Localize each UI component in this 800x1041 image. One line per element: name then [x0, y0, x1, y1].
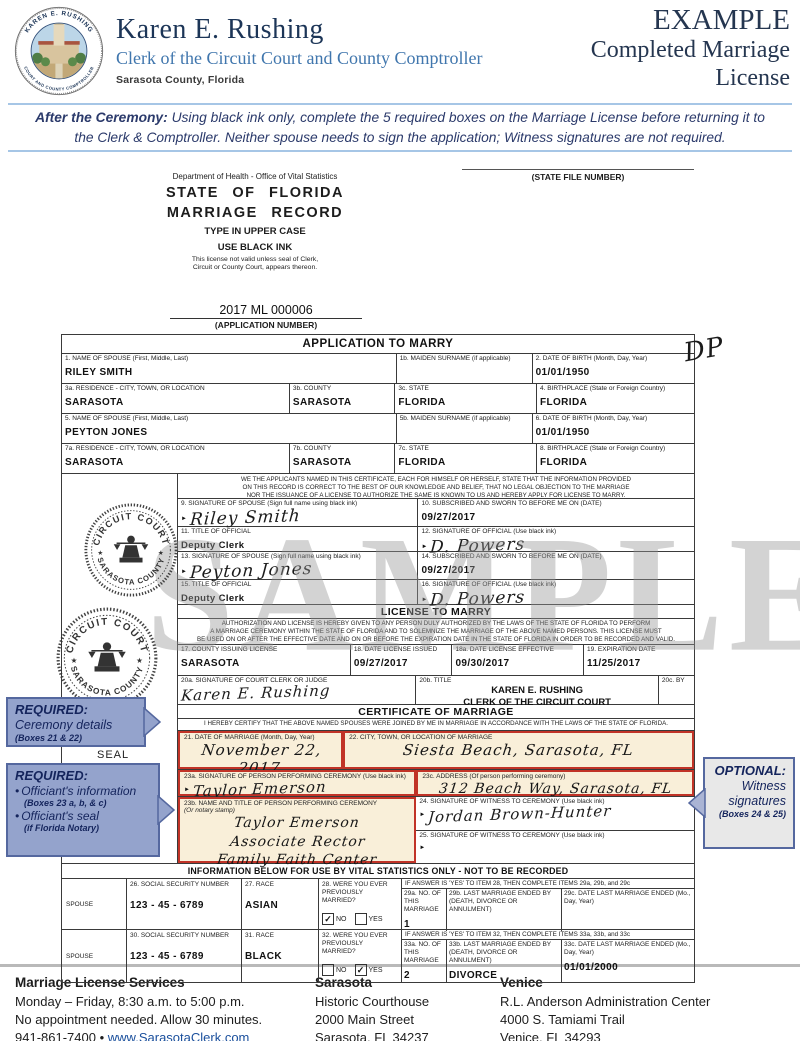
circuit-court-seal-stamp: CIRCUIT COURT SARASOTA COUNTY ★ ★: [83, 502, 179, 598]
field-label: 14. SUBSCRIBED AND SWORN TO BEFORE ME ON…: [421, 553, 691, 560]
field-label: 20c. BY: [662, 677, 691, 684]
callout-title: REQUIRED:: [15, 702, 137, 717]
state-file-number-label: (STATE FILE NUMBER): [462, 172, 694, 182]
field-value: Deputy Clerk: [181, 593, 414, 604]
footer-line: Monday – Friday, 8:30 a.m. to 5:00 p.m.: [15, 993, 315, 1011]
field-name-spouse-1: 1. NAME OF SPOUSE (First, Middle, Last) …: [62, 354, 396, 383]
callout-required-ceremony-details: REQUIRED: Ceremony details (Boxes 21 & 2…: [6, 697, 146, 747]
field-label: 2. DATE OF BIRTH (Month, Day, Year): [536, 355, 691, 362]
signature-arrow-icon: ►: [419, 812, 425, 818]
field-label: 5. NAME OF SPOUSE (First, Middle, Last): [65, 415, 393, 422]
field-date-effective: 18a. DATE LICENSE EFFECTIVE 09/30/2017: [451, 645, 583, 675]
field-county-issuing: 17. COUNTY ISSUING LICENSE SARASOTA: [178, 645, 350, 675]
svg-text:★: ★: [71, 656, 78, 665]
field-state-1: 3c. STATE FLORIDA: [394, 384, 536, 413]
field-residence-1: 3a. RESIDENCE - CITY, TOWN, OR LOCATION …: [62, 384, 289, 413]
signature-arrow-icon: ►: [421, 597, 427, 603]
circuit-court-seal-stamp: CIRCUIT COURT SARASOTA COUNTY ★ ★: [55, 606, 159, 710]
field-label: 7a. RESIDENCE - CITY, TOWN, OR LOCATION: [65, 445, 286, 452]
field-sworn-date-1: 10. SUBSCRIBED AND SWORN TO BEFORE ME ON…: [418, 499, 694, 526]
application-to-marry-title: APPLICATION TO MARRY: [62, 335, 694, 353]
field-officiant-address: 23c. ADDRESS (Of person performing cerem…: [416, 770, 694, 796]
field-label: 23b. NAME AND TITLE OF PERSON PERFORMING…: [184, 800, 410, 807]
signature-arrow-icon: ►: [181, 516, 187, 522]
form-row: 7a. RESIDENCE - CITY, TOWN, OR LOCATION …: [62, 443, 694, 473]
signature-arrow-icon: ►: [419, 845, 425, 851]
signature-arrow-icon: ►: [421, 544, 427, 550]
field-residence-2: 7a. RESIDENCE - CITY, TOWN, OR LOCATION …: [62, 444, 289, 473]
field-label: 32. WERE YOU EVER PREVIOUSLY MARRIED?: [322, 932, 398, 956]
field-clerk-signature: 20a. SIGNATURE OF COURT CLERK OR JUDGE K…: [178, 676, 415, 704]
field-value: FLORIDA: [540, 457, 691, 468]
bullet-icon: •: [15, 784, 19, 798]
field-previously-married-1: 28. WERE YOU EVER PREVIOUSLY MARRIED? ✓ …: [319, 879, 402, 929]
field-value: 01/01/1950: [536, 367, 691, 378]
vital-row-spouse-2: SPOUSE 30. SOCIAL SECURITY NUMBER 123 - …: [62, 929, 694, 982]
callout-line: signatures: [712, 794, 786, 808]
field-label: 11. TITLE OF OFFICIAL: [181, 528, 414, 535]
field-signature-of-official-2: 16. SIGNATURE OF OFFICIAL (Use black ink…: [418, 580, 694, 604]
field-expiration-date: 19. EXPIRATION DATE 11/25/2017: [583, 645, 694, 675]
callout-arrow-left-icon: [688, 788, 706, 818]
field-signature-of-official-1: 12. SIGNATURE OF OFFICIAL (Use black ink…: [418, 527, 694, 551]
field-ssn-2: 30. SOCIAL SECURITY NUMBER 123 - 45 - 67…: [127, 930, 242, 982]
callout-line: Ceremony details: [15, 718, 137, 732]
field-race-1: 27. RACE ASIAN: [242, 879, 319, 929]
footer-line: Historic Courthouse: [315, 993, 500, 1011]
field-label: 12. SIGNATURE OF OFFICIAL (Use black ink…: [421, 528, 691, 535]
field-dob-2: 6. DATE OF BIRTH (Month, Day, Year) 01/0…: [532, 414, 694, 443]
group-header: IF ANSWER IS 'YES' TO ITEM 28, THEN COMP…: [402, 879, 694, 889]
field-value: 11/25/2017: [587, 658, 691, 669]
footer: Marriage License Services Monday – Frida…: [15, 975, 792, 1041]
justice-figure-icon: [114, 536, 149, 563]
field-officiant-signature: 23a. SIGNATURE OF PERSON PERFORMING CERE…: [178, 770, 416, 796]
field-value: 123 - 45 - 6789: [130, 951, 238, 962]
field-label: 18. DATE LICENSE ISSUED: [354, 646, 449, 653]
required-row-23a-23c: 23a. SIGNATURE OF PERSON PERFORMING CERE…: [178, 769, 694, 796]
form-row: 3a. RESIDENCE - CITY, TOWN, OR LOCATION …: [62, 383, 694, 413]
field-marriage-ended-by-2: 33b. LAST MARRIAGE ENDED BY (DEATH, DIVO…: [447, 940, 562, 982]
checkbox-no-unchecked: [322, 964, 334, 976]
field-value: ASIAN: [245, 900, 315, 911]
field-value: FLORIDA: [398, 457, 533, 468]
divider: [8, 103, 792, 105]
field-label: 7b. COUNTY: [293, 445, 392, 452]
footer-line: No appointment needed. Allow 30 minutes.: [15, 1011, 315, 1029]
example-line: Completed Marriage: [591, 37, 790, 65]
field-birthplace-1: 4. BIRTHPLACE (State or Foreign Country)…: [536, 384, 694, 413]
example-banner: EXAMPLE Completed Marriage License: [591, 4, 790, 93]
row-23b-witnesses: 23b. NAME AND TITLE OF PERSON PERFORMING…: [178, 796, 694, 863]
form-row: 5. NAME OF SPOUSE (First, Middle, Last) …: [62, 413, 694, 443]
field-location-of-marriage: 22. CITY, TOWN, OR LOCATION OF MARRIAGE …: [343, 731, 694, 769]
previous-marriage-group-2: IF ANSWER IS 'YES' TO ITEM 32, THEN COMP…: [402, 930, 694, 982]
checkbox-yes-unchecked: [355, 913, 367, 925]
field-date-marriage-ended-2: 33c. DATE LAST MARRIAGE ENDED (Mo., Day,…: [562, 940, 694, 982]
oath-line: ON THIS RECORD IS CORRECT TO THE BEST OF…: [178, 484, 694, 492]
example-line: EXAMPLE: [591, 4, 790, 37]
officiant-org-handwriting: Family Faith Center: [216, 852, 378, 870]
field-label: 3b. COUNTY: [293, 385, 392, 392]
application-number-value: 2017 ML 000006: [170, 303, 362, 319]
form-row: 17. COUNTY ISSUING LICENSE SARASOTA 18. …: [178, 644, 694, 675]
field-label: 33c. DATE LAST MARRIAGE ENDED (Mo., Day,…: [564, 941, 692, 957]
field-label: 30. SOCIAL SECURITY NUMBER: [130, 932, 238, 939]
field-dob-1: 2. DATE OF BIRTH (Month, Day, Year) 01/0…: [532, 354, 694, 383]
notice-lead: After the Ceremony:: [35, 110, 168, 125]
field-label: 19. EXPIRATION DATE: [587, 646, 691, 653]
field-value: 123 - 45 - 6789: [130, 900, 238, 911]
callout-sub: (Boxes 24 & 25): [712, 809, 786, 819]
official-signature: D. Powers: [430, 587, 527, 610]
field-label: 26. SOCIAL SECURITY NUMBER: [130, 881, 238, 888]
authorization-line: BE USED ON OR AFTER THE EFFECTIVE DATE A…: [178, 636, 694, 644]
required-row-21-22: 21. DATE OF MARRIAGE (Month, Day, Year) …: [178, 730, 694, 769]
form-row: 13. SIGNATURE OF SPOUSE (Sign full name …: [178, 551, 694, 579]
county-subtitle: Sarasota County, Florida: [116, 74, 482, 86]
field-marriage-number-2: 33a. NO. OF THIS MARRIAGE 2: [402, 940, 447, 982]
dept-line: Department of Health - Office of Vital S…: [122, 172, 388, 181]
footer-line: Venice, FL 34293: [500, 1029, 792, 1041]
field-value: SARASOTA: [181, 658, 347, 669]
field-signature-spouse-1: 9. SIGNATURE OF SPOUSE (Sign full name u…: [178, 499, 418, 526]
field-label: 29a. NO. OF THIS MARRIAGE: [404, 890, 444, 914]
field-date-of-marriage: 21. DATE OF MARRIAGE (Month, Day, Year) …: [178, 731, 343, 769]
field-label: 6. DATE OF BIRTH (Month, Day, Year): [536, 415, 691, 422]
callout-required-officiant: REQUIRED: •Officiant's information (Boxe…: [6, 763, 160, 857]
field-label: 20b. TITLE: [419, 677, 655, 684]
clerk-title: Clerk of the Circuit Court and County Co…: [116, 48, 482, 69]
field-birthplace-2: 8. BIRTHPLACE (State or Foreign Country)…: [536, 444, 694, 473]
justice-figure-icon: [88, 642, 125, 671]
field-title-of-official-1: 11. TITLE OF OFFICIAL Deputy Clerk: [178, 527, 418, 551]
header-brand: Karen E. Rushing Clerk of the Circuit Co…: [116, 14, 482, 86]
field-label: 3c. STATE: [398, 385, 533, 392]
field-signature-spouse-2: 13. SIGNATURE OF SPOUSE (Sign full name …: [178, 552, 418, 579]
applicants-oath: WE THE APPLICANTS NAMED IN THIS CERTIFIC…: [178, 474, 694, 498]
field-label: 8. BIRTHPLACE (State or Foreign Country): [540, 445, 691, 452]
field-label: 17. COUNTY ISSUING LICENSE: [181, 646, 347, 653]
field-value: 1: [404, 919, 444, 930]
form-row: 20a. SIGNATURE OF COURT CLERK OR JUDGE K…: [178, 675, 694, 704]
signature-arrow-icon: ►: [181, 569, 187, 575]
example-line: License: [591, 65, 790, 93]
clerk-county-seal-logo: KAREN E. RUSHING COURT AND COUNTY COMPTR…: [14, 6, 104, 96]
vital-row-spouse-1: SPOUSE 26. SOCIAL SECURITY NUMBER 123 - …: [62, 878, 694, 929]
field-label: 25. SIGNATURE OF WITNESS TO CEREMONY (Us…: [419, 832, 691, 839]
field-marriage-ended-by-1: 29b. LAST MARRIAGE ENDED BY (DEATH, DIVO…: [447, 889, 562, 931]
field-label: 28. WERE YOU EVER PREVIOUSLY MARRIED?: [322, 881, 398, 905]
field-label: 4. BIRTHPLACE (State or Foreign Country): [540, 385, 691, 392]
state-file-number-line: [462, 169, 694, 170]
field-officiant-name-title: 23b. NAME AND TITLE OF PERSON PERFORMING…: [178, 797, 416, 863]
field-value: 09/27/2017: [421, 565, 691, 576]
field-county-2: 7b. COUNTY SARASOTA: [289, 444, 395, 473]
officiant-title-handwriting: Associate Rector: [228, 834, 366, 852]
application-number-label: (APPLICATION NUMBER): [170, 320, 362, 330]
field-label: 21. DATE OF MARRIAGE (Month, Day, Year): [184, 734, 337, 741]
clerk-signature: Karen E. Rushing: [180, 681, 331, 704]
field-value: 09/30/2017: [455, 658, 580, 669]
field-label: 22. CITY, TOWN, OR LOCATION OF MARRIAGE: [349, 734, 688, 741]
callout-arrow-right-icon: [143, 707, 161, 737]
field-value: SARASOTA: [65, 457, 286, 468]
footer-sarasota-column: Sarasota Historic Courthouse 2000 Main S…: [315, 975, 500, 1041]
field-label: 31. RACE: [245, 932, 315, 939]
spouse-row-label: SPOUSE: [62, 879, 127, 929]
field-value: DIVORCE: [449, 970, 559, 981]
field-label: 33a. NO. OF THIS MARRIAGE: [404, 941, 444, 965]
footer-services-column: Marriage License Services Monday – Frida…: [15, 975, 315, 1041]
field-clerk-title: 20b. TITLE KAREN E. RUSHING CLERK OF THE…: [415, 676, 658, 704]
form-row: 11. TITLE OF OFFICIAL Deputy Clerk 12. S…: [178, 526, 694, 551]
clerk-website-link[interactable]: www.SarasotaClerk.com: [108, 1030, 250, 1041]
checkbox-no-checked: ✓: [322, 913, 334, 925]
field-state-2: 7c. STATE FLORIDA: [394, 444, 536, 473]
field-witness-signature-1: 24. SIGNATURE OF WITNESS TO CEREMONY (Us…: [416, 797, 694, 831]
field-label: 27. RACE: [245, 881, 315, 888]
field-value: BLACK: [245, 951, 315, 962]
type-case-line: TYPE IN UPPER CASE: [122, 226, 388, 237]
field-label: 1. NAME OF SPOUSE (First, Middle, Last): [65, 355, 393, 362]
license-authorization-text: AUTHORIZATION AND LICENSE IS HEREBY GIVE…: [178, 618, 694, 644]
footer-line: 2000 Main Street: [315, 1011, 500, 1029]
field-value: FLORIDA: [540, 397, 691, 408]
field-value: Deputy Clerk: [181, 540, 414, 551]
field-maiden-surname-1: 1b. MAIDEN SURNAME (if applicable): [396, 354, 532, 383]
footer-contact-line: 941-861-7400 • www.SarasotaClerk.com: [15, 1029, 315, 1041]
field-label: 1b. MAIDEN SURNAME (if applicable): [400, 355, 529, 362]
footer-line: R.L. Anderson Administration Center: [500, 993, 792, 1011]
field-value: SARASOTA: [293, 397, 392, 408]
clerk-name: Karen E. Rushing: [116, 14, 482, 46]
field-value: 01/01/2000: [564, 962, 692, 973]
field-value: SARASOTA: [65, 397, 286, 408]
form-row: 9. SIGNATURE OF SPOUSE (Sign full name u…: [178, 498, 694, 526]
document-header: Department of Health - Office of Vital S…: [122, 172, 388, 272]
record-line: MARRIAGE RECORD: [122, 205, 388, 221]
field-value: FLORIDA: [398, 397, 533, 408]
callout-line: Witness: [712, 779, 786, 793]
field-label: 10. SUBSCRIBED AND SWORN TO BEFORE ME ON…: [421, 500, 691, 507]
after-ceremony-notice: After the Ceremony: Using black ink only…: [28, 108, 772, 148]
authorization-line: AUTHORIZATION AND LICENSE IS HEREBY GIVE…: [178, 620, 694, 628]
black-ink-line: USE BLACK INK: [122, 242, 388, 253]
bullet-icon: •: [100, 1030, 105, 1041]
witness-1-signature: Jordan Brown-Hunter: [428, 802, 613, 826]
callout-optional-witness: OPTIONAL: Witness signatures (Boxes 24 &…: [703, 757, 795, 849]
field-race-2: 31. RACE BLACK: [242, 930, 319, 982]
footer-venice-column: Venice R.L. Anderson Administration Cent…: [500, 975, 792, 1041]
field-previously-married-2: 32. WERE YOU EVER PREVIOUSLY MARRIED? NO…: [319, 930, 402, 982]
field-label: (Or notary stamp): [184, 807, 410, 814]
spouse-row-label: SPOUSE: [62, 930, 127, 982]
callout-sub: (Boxes 23 a, b, & c): [24, 798, 151, 808]
checkbox-label: YES: [369, 967, 383, 974]
callout-line: Officiant's information: [21, 784, 136, 798]
authorization-line: A MARRIAGE CEREMONY WITHIN THE STATE OF …: [178, 628, 694, 636]
field-witness-signature-2: 25. SIGNATURE OF WITNESS TO CEREMONY (Us…: [416, 831, 694, 864]
field-date-marriage-ended-1: 29c. DATE LAST MARRIAGE ENDED (Mo., Day,…: [562, 889, 694, 931]
field-value: PEYTON JONES: [65, 427, 393, 438]
checkbox-label: NO: [336, 967, 347, 974]
callout-title: OPTIONAL:: [712, 763, 786, 778]
form-row: 1. NAME OF SPOUSE (First, Middle, Last) …: [62, 353, 694, 383]
field-title-of-official-2: 15. TITLE OF OFFICIAL Deputy Clerk: [178, 580, 418, 604]
field-label: 16. SIGNATURE OF OFFICIAL (Use black ink…: [421, 581, 691, 588]
group-header: IF ANSWER IS 'YES' TO ITEM 32, THEN COMP…: [402, 930, 694, 940]
previous-marriage-group-1: IF ANSWER IS 'YES' TO ITEM 28, THEN COMP…: [402, 879, 694, 929]
divider: [8, 150, 792, 152]
svg-text:★: ★: [97, 549, 103, 557]
form-row: 15. TITLE OF OFFICIAL Deputy Clerk 16. S…: [178, 579, 694, 604]
field-value: 09/27/2017: [354, 658, 449, 669]
field-label: 18a. DATE LICENSE EFFECTIVE: [455, 646, 580, 653]
field-label: 15. TITLE OF OFFICIAL: [181, 581, 414, 588]
footer-line: 4000 S. Tamiami Trail: [500, 1011, 792, 1029]
phone-number: 941-861-7400: [15, 1030, 96, 1041]
field-county-1: 3b. COUNTY SARASOTA: [289, 384, 395, 413]
valid-note: This license not valid unless seal of Cl…: [122, 256, 388, 272]
field-label: 33b. LAST MARRIAGE ENDED BY (DEATH, DIVO…: [449, 941, 559, 965]
field-marriage-number-1: 29a. NO. OF THIS MARRIAGE 1: [402, 889, 447, 931]
state-line: STATE OF FLORIDA: [122, 185, 388, 201]
field-value: 09/27/2017: [421, 512, 691, 523]
location-of-marriage-handwriting: Siesta Beach, Sarasota, FL: [402, 741, 635, 759]
field-label: 29c. DATE LAST MARRIAGE ENDED (Mo., Day,…: [564, 890, 692, 906]
field-sworn-date-2: 14. SUBSCRIBED AND SWORN TO BEFORE ME ON…: [418, 552, 694, 579]
application-number: 2017 ML 000006 (APPLICATION NUMBER): [170, 303, 362, 330]
field-value: 2: [404, 970, 444, 981]
field-maiden-surname-2: 5b. MAIDEN SURNAME (if applicable): [396, 414, 532, 443]
field-value: RILEY SMITH: [65, 367, 393, 378]
field-label: 7c. STATE: [398, 445, 533, 452]
field-label: 3a. RESIDENCE - CITY, TOWN, OR LOCATION: [65, 385, 286, 392]
officiant-name-handwriting: Taylor Emerson: [233, 815, 361, 833]
valid-note-line: This license not valid unless seal of Cl…: [122, 256, 388, 264]
callout-line: Officiant's seal: [21, 809, 99, 823]
seal-placeholder-label: SEAL: [97, 749, 129, 761]
field-ssn-1: 26. SOCIAL SECURITY NUMBER 123 - 45 - 67…: [127, 879, 242, 929]
marriage-license-page: KAREN E. RUSHING COURT AND COUNTY COMPTR…: [0, 0, 800, 1041]
notice-text: Using black ink only, complete the 5 req…: [74, 110, 765, 145]
field-date-issued: 18. DATE LICENSE ISSUED 09/27/2017: [350, 645, 452, 675]
field-name-spouse-2: 5. NAME OF SPOUSE (First, Middle, Last) …: [62, 414, 396, 443]
checkbox-label: YES: [369, 916, 383, 923]
field-label: 5b. MAIDEN SURNAME (if applicable): [400, 415, 529, 422]
signature-arrow-icon: ►: [184, 787, 190, 793]
footer-line: Sarasota, FL 34237: [315, 1029, 500, 1041]
valid-note-line: Circuit or County Court, appears thereon…: [122, 264, 388, 272]
callout-arrow-right-icon: [157, 795, 175, 825]
bullet-icon: •: [15, 809, 19, 823]
field-value: SARASOTA: [293, 457, 392, 468]
field-label: 29b. LAST MARRIAGE ENDED BY (DEATH, DIVO…: [449, 890, 559, 914]
officiant-address-handwriting: 312 Beach Way, Sarasota, FL: [438, 781, 673, 797]
callout-sub: (if Florida Notary): [24, 823, 151, 833]
checkbox-label: NO: [336, 916, 347, 923]
deputy-initials-signature: DP: [681, 332, 726, 369]
callout-sub: (Boxes 21 & 22): [15, 733, 137, 743]
field-by-deputy: 20c. BY DP: [658, 676, 694, 704]
svg-text:★: ★: [158, 549, 164, 557]
oath-line: WE THE APPLICANTS NAMED IN THIS CERTIFIC…: [178, 476, 694, 484]
certificate-certify-line: I HEREBY CERTIFY THAT THE ABOVE NAMED SP…: [178, 718, 694, 730]
field-value: 01/01/1950: [536, 427, 691, 438]
svg-text:★: ★: [136, 656, 143, 665]
checkbox-yes-checked: ✓: [355, 964, 367, 976]
callout-title: REQUIRED:: [15, 768, 151, 783]
clerk-title-line: KAREN E. RUSHING: [419, 685, 655, 697]
field-label: 23c. ADDRESS (Of person performing cerem…: [422, 773, 688, 780]
